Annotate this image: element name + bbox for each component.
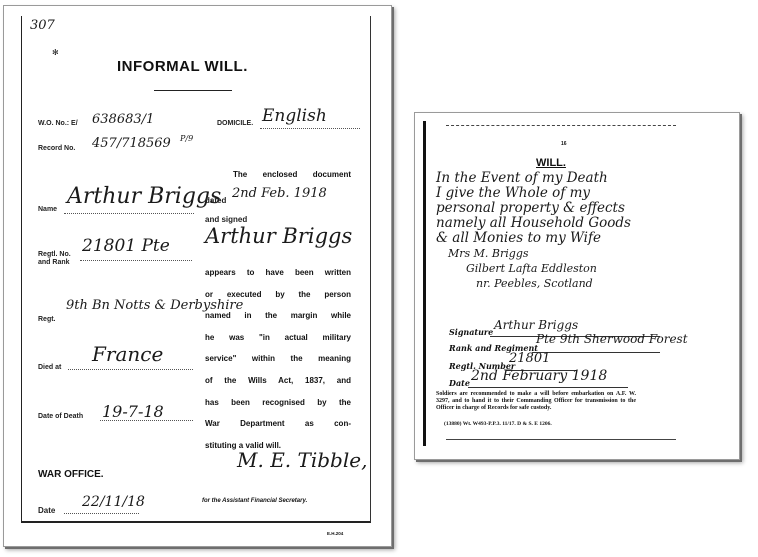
- will-text-line: nr. Peebles, Scotland: [436, 276, 631, 291]
- record-no-value: 457/718569: [92, 136, 171, 151]
- regt-label: Regt.: [38, 316, 56, 323]
- will-text-line: Mrs M. Briggs: [436, 246, 631, 261]
- date-label: Date: [38, 506, 55, 515]
- domicile-value: English: [262, 106, 327, 126]
- statement-line: has been recognised by the: [205, 392, 351, 414]
- date-value: 2nd February 1918: [471, 368, 607, 384]
- died-at-label: Died at: [38, 364, 61, 371]
- signed-label: and signed: [205, 215, 247, 224]
- soldier-will-document: 16 WILL. In the Event of my Death I give…: [414, 112, 740, 460]
- date-of-death-value: 19-7-18: [102, 402, 164, 421]
- statement-intro: The enclosed document: [205, 164, 351, 186]
- war-office-label: WAR OFFICE.: [38, 469, 104, 480]
- dated-label: dated: [205, 196, 226, 205]
- signature-label: Signature: [449, 327, 493, 337]
- domicile-label: DOMICILE.: [217, 120, 253, 127]
- statement-line: or executed by the person: [205, 284, 351, 306]
- record-no-label: Record No.: [38, 145, 75, 152]
- statement-line: War Department as con-: [205, 413, 351, 435]
- form-title: INFORMAL WILL.: [117, 58, 248, 75]
- rank-regiment-value: Pte 9th Sherwood Forest: [536, 332, 688, 346]
- ink-blot: ✻: [52, 48, 59, 57]
- statement-line: appears to have been written: [205, 262, 351, 284]
- will-text: In the Event of my Death I give the Whol…: [436, 171, 631, 291]
- page-number: 16: [561, 141, 567, 147]
- statement-line: service" within the meaning: [205, 348, 351, 370]
- title-rule: [154, 90, 232, 91]
- statement-body: appears to have been written or executed…: [205, 262, 351, 456]
- form-code: E.H.204: [327, 531, 343, 536]
- will-title: WILL.: [536, 157, 566, 169]
- statement-line: of the Wills Act, 1837, and: [205, 370, 351, 392]
- regtl-number-value: 21801: [509, 351, 550, 366]
- signature-caption: for the Assistant Financial Secretary.: [202, 498, 307, 504]
- regtl-no-value: 21801 Pte: [82, 236, 170, 256]
- will-text-line: namely all Household Goods: [436, 216, 631, 231]
- signature-value: Arthur Briggs: [494, 318, 578, 332]
- form-footer-code: (13880) Wt. W493-P.P.3. 11/17. D & S. E …: [444, 421, 552, 427]
- will-text-line: In the Event of my Death: [436, 171, 631, 186]
- will-text-line: personal property & effects: [436, 201, 631, 216]
- soldier-will-frame: 16 WILL. In the Event of my Death I give…: [423, 121, 731, 446]
- page-number: 307: [30, 18, 55, 33]
- official-signature: M. E. Tibble,: [237, 448, 367, 472]
- name-label: Name: [38, 206, 57, 213]
- wo-no-label: W.O. No.: E/: [38, 120, 78, 127]
- dated-value: 2nd Feb. 1918: [232, 186, 327, 201]
- top-rule: [446, 125, 676, 126]
- signed-value: Arthur Briggs: [205, 224, 352, 248]
- bottom-rule: [446, 439, 676, 440]
- informal-will-document: 307 ✻ INFORMAL WILL. W.O. No.: E/ 638683…: [3, 5, 392, 547]
- date-value: 22/11/18: [82, 494, 145, 510]
- will-text-line: I give the Whole of my: [436, 186, 631, 201]
- wo-no-value: 638683/1: [92, 112, 154, 127]
- statement-line: he was "in actual military: [205, 327, 351, 349]
- regtl-no-label: Regtl. No. and Rank: [38, 251, 71, 267]
- date-label: Date: [449, 378, 470, 388]
- informal-will-frame: 307 ✻ INFORMAL WILL. W.O. No.: E/ 638683…: [21, 16, 371, 523]
- statement-line: named in the margin while: [205, 305, 351, 327]
- record-no-suffix: P/9: [180, 134, 193, 143]
- will-text-line: & all Monies to my Wife: [436, 231, 631, 246]
- name-value: Arthur Briggs: [67, 184, 221, 209]
- custody-notice: Soldiers are recommended to make a will …: [436, 391, 636, 412]
- date-of-death-label: Date of Death: [38, 413, 83, 420]
- will-text-line: Gilbert Lafta Eddleston: [436, 261, 631, 276]
- died-at-value: France: [92, 342, 163, 366]
